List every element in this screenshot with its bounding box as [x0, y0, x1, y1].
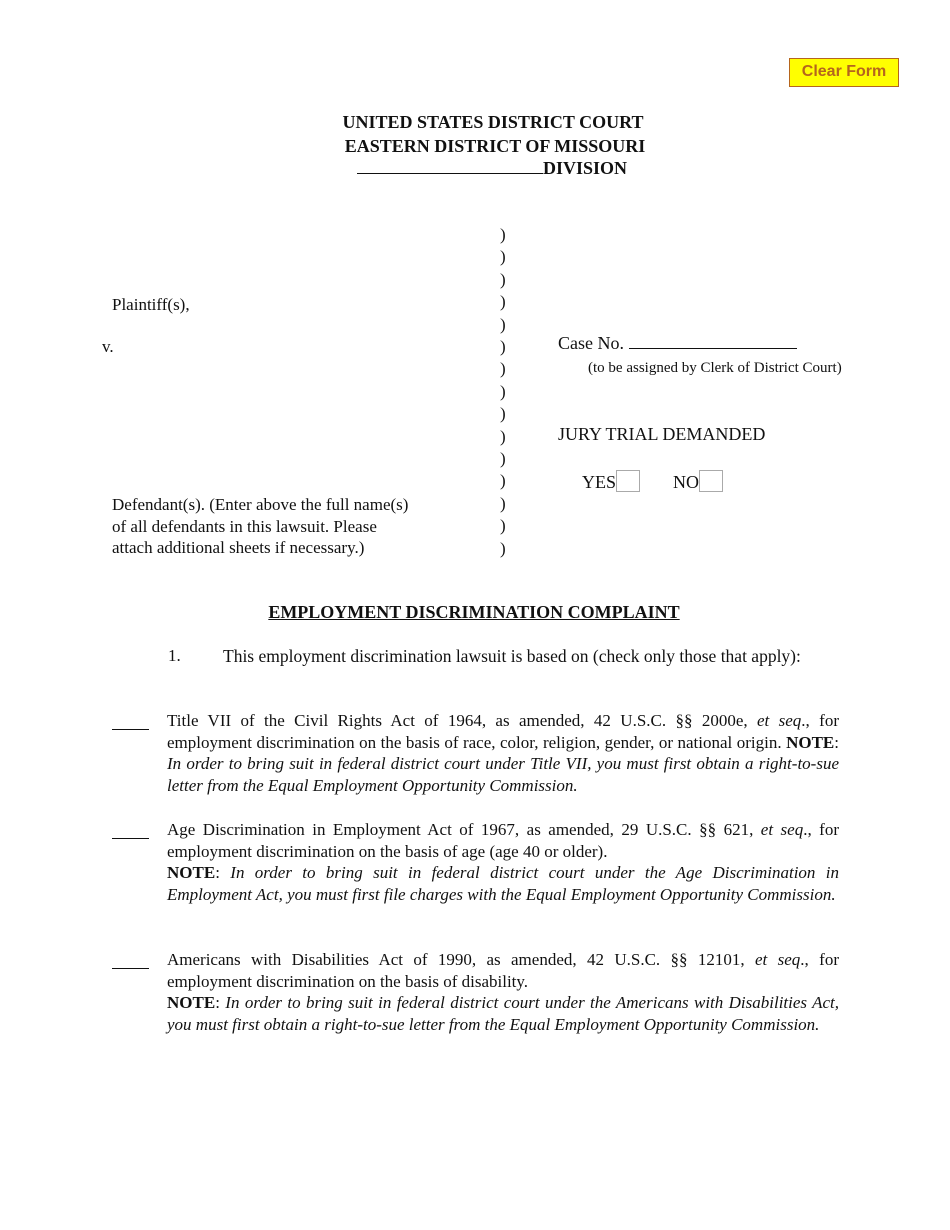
caption-paren: ) [500, 314, 506, 336]
defendant-label: Defendant(s). (Enter above the full name… [112, 494, 408, 559]
jury-options: YES NO [582, 470, 723, 493]
plaintiff-label: Plaintiff(s), [112, 295, 190, 315]
title-vii-blank[interactable] [112, 729, 149, 730]
division-row: DIVISION [357, 158, 627, 179]
case-number-row: Case No. [558, 333, 797, 354]
versus-label: v. [102, 337, 114, 357]
clear-form-button[interactable]: Clear Form [789, 58, 899, 87]
caption-parentheses: ))))))))))))))) [500, 224, 506, 560]
caption-paren: ) [500, 291, 506, 313]
yes-checkbox[interactable] [616, 470, 640, 492]
division-field[interactable] [357, 159, 543, 174]
caption-paren: ) [500, 358, 506, 380]
defendant-line: of all defendants in this lawsuit. Pleas… [112, 516, 408, 538]
adea-blank[interactable] [112, 838, 149, 839]
jury-trial-label: JURY TRIAL DEMANDED [558, 424, 765, 445]
caption-paren: ) [500, 538, 506, 560]
complaint-title: EMPLOYMENT DISCRIMINATION COMPLAINT [0, 602, 948, 623]
caption-paren: ) [500, 269, 506, 291]
caption-paren: ) [500, 336, 506, 358]
district-name: EASTERN DISTRICT OF MISSOURI [0, 136, 950, 157]
caption-paren: ) [500, 448, 506, 470]
case-number-field[interactable] [629, 334, 797, 349]
case-number-label: Case No. [558, 333, 624, 353]
caption-paren: ) [500, 426, 506, 448]
question-1-text: This employment discrimination lawsuit i… [223, 646, 801, 667]
caption-paren: ) [500, 470, 506, 492]
no-label: NO [673, 472, 699, 492]
caption-paren: ) [500, 493, 506, 515]
defendant-line: Defendant(s). (Enter above the full name… [112, 494, 408, 516]
no-checkbox[interactable] [699, 470, 723, 492]
division-label: DIVISION [543, 158, 627, 178]
caption-paren: ) [500, 403, 506, 425]
case-number-note: (to be assigned by Clerk of District Cou… [588, 360, 842, 377]
caption-paren: ) [500, 246, 506, 268]
caption-paren: ) [500, 224, 506, 246]
yes-label: YES [582, 472, 616, 492]
defendant-line: attach additional sheets if necessary.) [112, 537, 408, 559]
ada-blank[interactable] [112, 968, 149, 969]
basis-ada: Americans with Disabilities Act of 1990,… [167, 949, 839, 1036]
caption-paren: ) [500, 515, 506, 537]
question-1-number: 1. [168, 646, 181, 666]
caption-paren: ) [500, 381, 506, 403]
court-name: UNITED STATES DISTRICT COURT [0, 112, 950, 133]
basis-title-vii: Title VII of the Civil Rights Act of 196… [167, 710, 839, 797]
basis-adea: Age Discrimination in Employment Act of … [167, 819, 839, 906]
